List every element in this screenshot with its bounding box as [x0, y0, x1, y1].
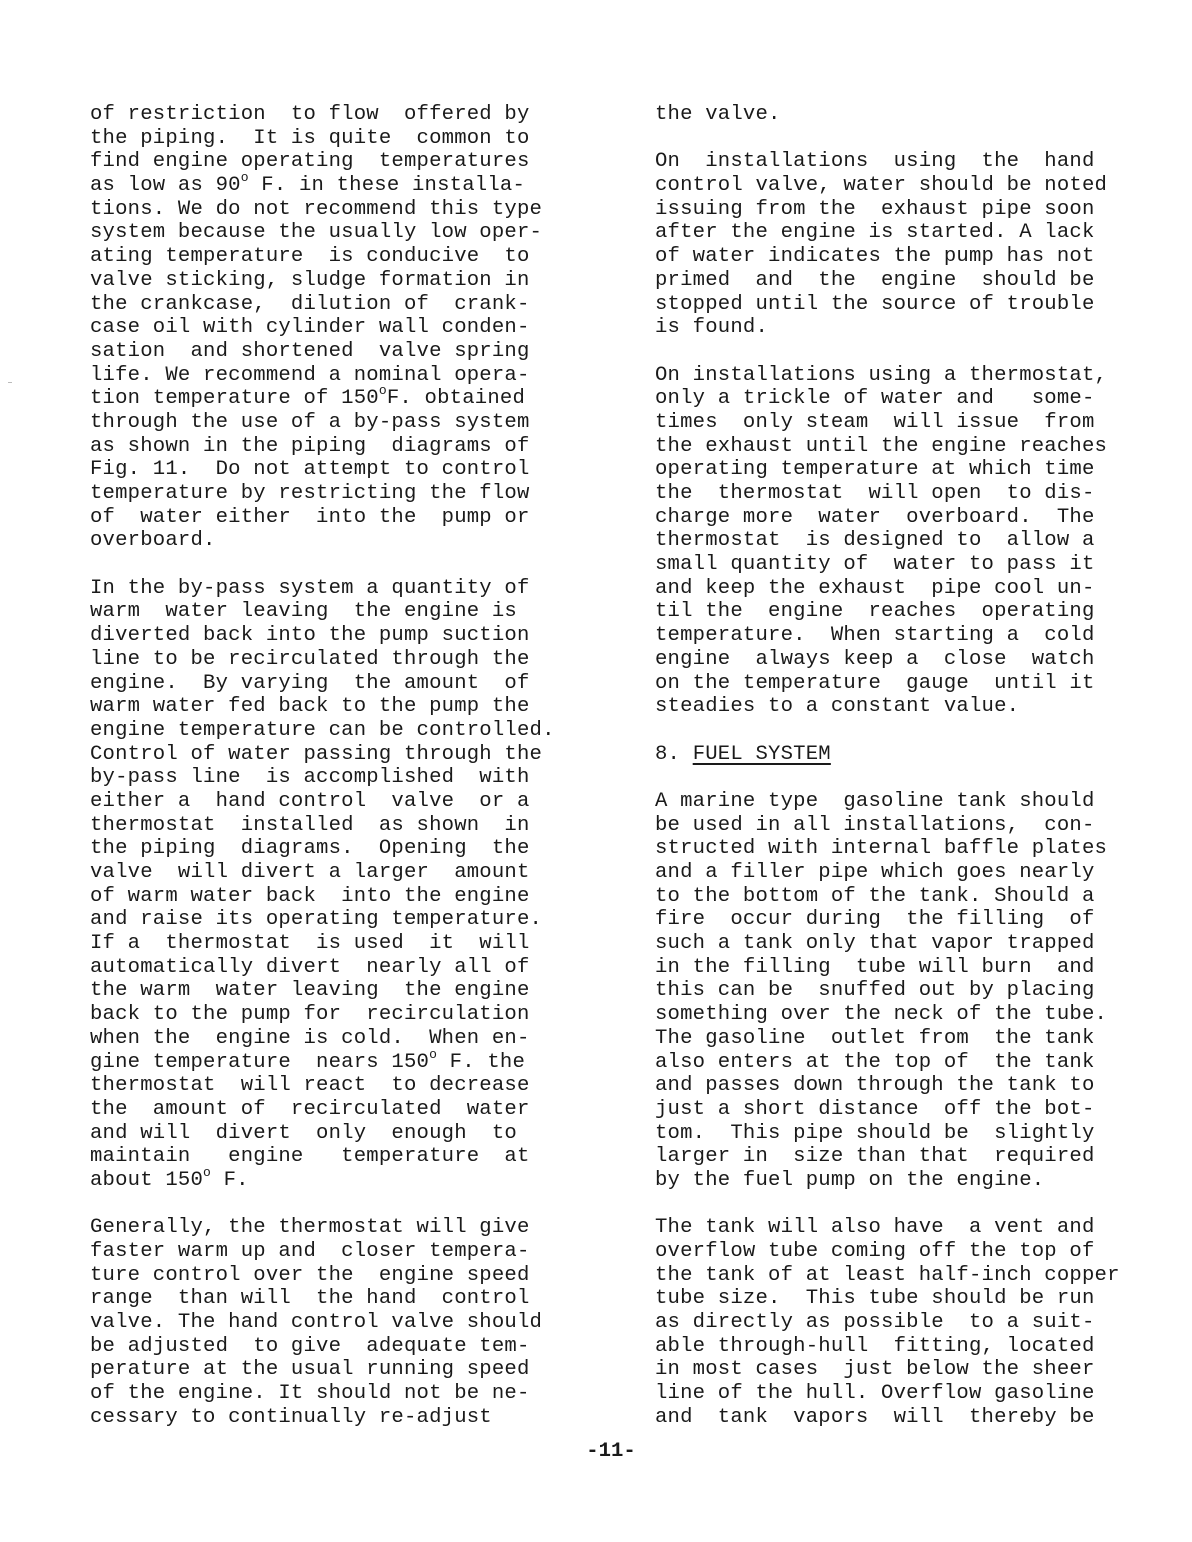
text-line: issuing from the exhaust pipe soon [655, 198, 1155, 222]
text-line: the piping. It is quite common to [90, 127, 590, 151]
text-line: about 150o F. [90, 1169, 590, 1193]
text-line: after the engine is started. A lack [655, 221, 1155, 245]
text-line: On installations using the hand [655, 150, 1155, 174]
text-line: primed and the engine should be [655, 269, 1155, 293]
text-line: be used in all installations, con- [655, 814, 1155, 838]
text-line: in most cases just below the sheer [655, 1358, 1155, 1382]
text-line: of water indicates the pump has not [655, 245, 1155, 269]
right-paragraph: On installations using the handcontrol v… [655, 150, 1155, 340]
text-line: and a filler pipe which goes nearly [655, 861, 1155, 885]
text-line: the crankcase, dilution of crank- [90, 293, 590, 317]
text-line: ture control over the engine speed [90, 1264, 590, 1288]
text-line: as shown in the piping diagrams of [90, 435, 590, 459]
text-line: faster warm up and closer tempera- [90, 1240, 590, 1264]
text-line: to the bottom of the tank. Should a [655, 885, 1155, 909]
text-line: engine always keep a close watch [655, 648, 1155, 672]
text-line: either a hand control valve or a [90, 790, 590, 814]
text-line: temperature. When starting a cold [655, 624, 1155, 648]
text-line: overboard. [90, 529, 590, 553]
text-line: Fig. 11. Do not attempt to control [90, 458, 590, 482]
text-line: operating temperature at which time [655, 458, 1155, 482]
fuel-system-paragraph: The tank will also have a vent andoverfl… [655, 1216, 1155, 1429]
text-line: diverted back into the pump suction [90, 624, 590, 648]
text-line: also enters at the top of the tank [655, 1051, 1155, 1075]
text-line: and raise its operating temperature. [90, 908, 590, 932]
text-line: engine temperature can be controlled. [90, 719, 590, 743]
text-line: something over the neck of the tube. [655, 1003, 1155, 1027]
text-line: and passes down through the tank to [655, 1074, 1155, 1098]
text-line: engine. By varying the amount of [90, 672, 590, 696]
text-line: thermostat will react to decrease [90, 1074, 590, 1098]
text-line: the warm water leaving the engine [90, 979, 590, 1003]
text-line: of warm water back into the engine [90, 885, 590, 909]
degree-symbol: o [241, 170, 249, 185]
text-line: larger in size than that required [655, 1145, 1155, 1169]
text-line: range than will the hand control [90, 1287, 590, 1311]
text-line: valve will divert a larger amount [90, 861, 590, 885]
text-line: A marine type gasoline tank should [655, 790, 1155, 814]
text-line: system because the usually low oper- [90, 221, 590, 245]
text-line: be adjusted to give adequate tem- [90, 1335, 590, 1359]
page-number: -11- [0, 1440, 1192, 1463]
text-line: tube size. This tube should be run [655, 1287, 1155, 1311]
text-line: the thermostat will open to dis- [655, 482, 1155, 506]
degree-symbol: o [429, 1047, 437, 1062]
section-number: 8. [655, 743, 680, 766]
degree-symbol: o [379, 383, 387, 398]
text-line: warm water leaving the engine is [90, 600, 590, 624]
text-line: of the engine. It should not be ne- [90, 1382, 590, 1406]
text-line: cessary to continually re-adjust [90, 1406, 590, 1430]
text-line: line of the hull. Overflow gasoline [655, 1382, 1155, 1406]
text-line: Control of water passing through the [90, 743, 590, 767]
text-line: temperature by restricting the flow [90, 482, 590, 506]
text-line: of water either into the pump or [90, 506, 590, 530]
left-paragraph: In the by-pass system a quantity ofwarm … [90, 577, 590, 1193]
text-line: as directly as possible to a suit- [655, 1311, 1155, 1335]
text-line: case oil with cylinder wall conden- [90, 316, 590, 340]
section-heading-fuel-system: 8. FUEL SYSTEM [655, 743, 1155, 767]
text-line: automatically divert nearly all of [90, 956, 590, 980]
text-line: steadies to a constant value. [655, 695, 1155, 719]
text-line: valve sticking, sludge formation in [90, 269, 590, 293]
text-line: sation and shortened valve spring [90, 340, 590, 364]
text-line: through the use of a by-pass system [90, 411, 590, 435]
text-line: of restriction to flow offered by [90, 103, 590, 127]
text-line: overflow tube coming off the top of [655, 1240, 1155, 1264]
degree-symbol: o [203, 1165, 211, 1180]
text-line: control valve, water should be noted [655, 174, 1155, 198]
text-line: in the filling tube will burn and [655, 956, 1155, 980]
text-line: life. We recommend a nominal opera- [90, 364, 590, 388]
left-paragraph: Generally, the thermostat will givefaste… [90, 1216, 590, 1429]
text-line: as low as 90o F. in these installa- [90, 174, 590, 198]
text-line: gine temperature nears 150o F. the [90, 1051, 590, 1075]
text-line: maintain engine temperature at [90, 1145, 590, 1169]
text-line: The gasoline outlet from the tank [655, 1027, 1155, 1051]
text-line: by the fuel pump on the engine. [655, 1169, 1155, 1193]
text-line: by-pass line is accomplished with [90, 766, 590, 790]
margin-mark [8, 382, 12, 383]
text-line: the piping diagrams. Opening the [90, 837, 590, 861]
text-line: warm water fed back to the pump the [90, 695, 590, 719]
section-title: FUEL SYSTEM [693, 743, 831, 766]
text-line: stopped until the source of trouble [655, 293, 1155, 317]
text-line: is found. [655, 316, 1155, 340]
text-line: and will divert only enough to [90, 1122, 590, 1146]
text-line: thermostat installed as shown in [90, 814, 590, 838]
text-line: back to the pump for recirculation [90, 1003, 590, 1027]
fuel-system-paragraph: A marine type gasoline tank shouldbe use… [655, 790, 1155, 1193]
right-column: the valve.On installations using the han… [655, 103, 1155, 1453]
text-line: the valve. [655, 103, 1155, 127]
text-line: If a thermostat is used it will [90, 932, 590, 956]
text-line: tion temperature of 150oF. obtained [90, 387, 590, 411]
text-line: when the engine is cold. When en- [90, 1027, 590, 1051]
text-line: such a tank only that vapor trapped [655, 932, 1155, 956]
text-line: the tank of at least half-inch copper [655, 1264, 1155, 1288]
text-line: thermostat is designed to allow a [655, 529, 1155, 553]
text-line: On installations using a thermostat, [655, 364, 1155, 388]
text-line: structed with internal baffle plates [655, 837, 1155, 861]
text-line: the amount of recirculated water [90, 1098, 590, 1122]
text-line: line to be recirculated through the [90, 648, 590, 672]
text-line: valve. The hand control valve should [90, 1311, 590, 1335]
text-line: In the by-pass system a quantity of [90, 577, 590, 601]
text-line: Generally, the thermostat will give [90, 1216, 590, 1240]
text-line: able through-hull fitting, located [655, 1335, 1155, 1359]
left-column: of restriction to flow offered bythe pip… [90, 103, 590, 1453]
text-line: this can be snuffed out by placing [655, 979, 1155, 1003]
right-paragraph: the valve. [655, 103, 1155, 127]
text-line: and tank vapors will thereby be [655, 1406, 1155, 1430]
text-line: and keep the exhaust pipe cool un- [655, 577, 1155, 601]
text-line: the exhaust until the engine reaches [655, 435, 1155, 459]
text-line: tom. This pipe should be slightly [655, 1122, 1155, 1146]
text-line: just a short distance off the bot- [655, 1098, 1155, 1122]
text-line: ating temperature is conducive to [90, 245, 590, 269]
text-line: fire occur during the filling of [655, 908, 1155, 932]
text-line: charge more water overboard. The [655, 506, 1155, 530]
text-line: small quantity of water to pass it [655, 553, 1155, 577]
left-paragraph: of restriction to flow offered bythe pip… [90, 103, 590, 553]
text-line: on the temperature gauge until it [655, 672, 1155, 696]
text-line: perature at the usual running speed [90, 1358, 590, 1382]
text-line: tions. We do not recommend this type [90, 198, 590, 222]
text-line: times only steam will issue from [655, 411, 1155, 435]
text-line: only a trickle of water and some- [655, 387, 1155, 411]
text-line: til the engine reaches operating [655, 600, 1155, 624]
text-line: find engine operating temperatures [90, 150, 590, 174]
right-paragraph: On installations using a thermostat,only… [655, 364, 1155, 719]
text-line: The tank will also have a vent and [655, 1216, 1155, 1240]
